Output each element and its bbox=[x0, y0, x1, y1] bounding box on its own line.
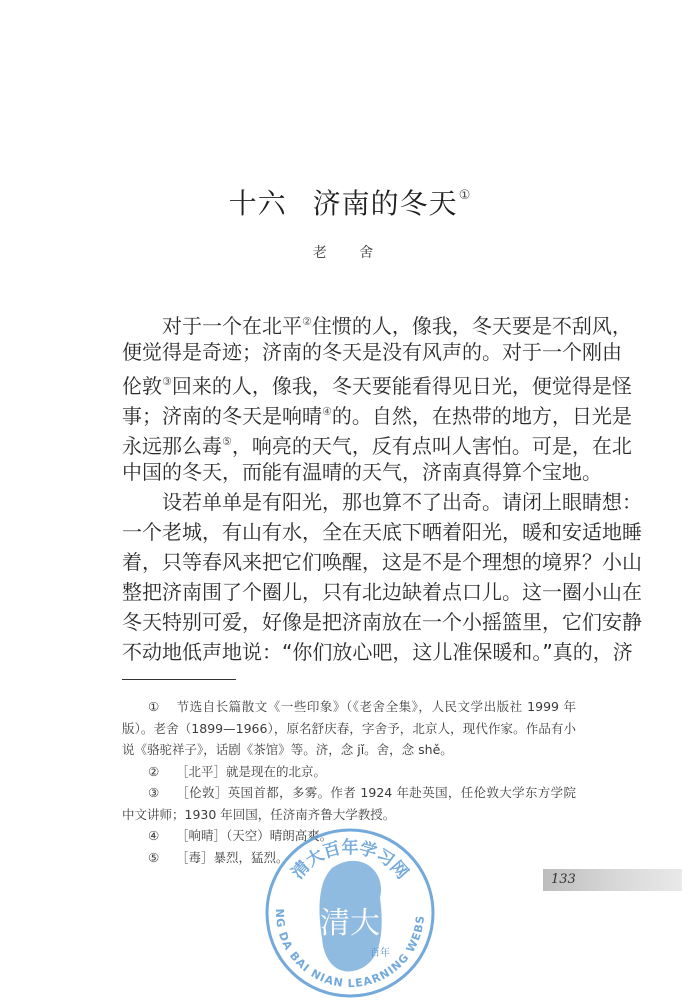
body-line-text: 便觉得是奇迹；济南的冬天是没有风声的。对于一个刚由 bbox=[122, 340, 622, 364]
body-line: 整把济南围了个圈儿，只有北边缺着点口儿。这一圈小山在 bbox=[122, 577, 577, 607]
lesson-title-text: 济南的冬天 bbox=[313, 187, 458, 220]
footnote-number: ① bbox=[148, 696, 176, 718]
body-line-text: 回来的人，像我，冬天要能看得见日光，便觉得是怪 bbox=[172, 374, 632, 398]
body-line-text: 着，只等春风来把它们唤醒，这是不是个理想的境界？小山 bbox=[122, 550, 642, 574]
footnote-text: 节选自长篇散文《一些印象》（《老舍全集》，人民文学出版社 1999 年 bbox=[176, 699, 576, 714]
footnote-text: ［伦敦］英国首都，多雾。作者 1924 年赴英国，任伦敦大学东方学院 bbox=[176, 785, 576, 800]
watermark-center-glyph: 清大 bbox=[320, 906, 380, 941]
footnote-line: ①节选自长篇散文《一些印象》（《老舍全集》，人民文学出版社 1999 年 bbox=[122, 696, 576, 718]
body-text: 对于一个在北平②住惯的人，像我，冬天要是不刮风，便觉得是奇迹；济南的冬天是没有风… bbox=[122, 307, 577, 667]
body-line: 冬天特别可爱，好像是把济南放在一个小摇篮里，它们安静 bbox=[122, 607, 577, 637]
footnote-number: ③ bbox=[148, 782, 176, 804]
footnote-line: 中文讲师；1930 年回国，任济南齐鲁大学教授。 bbox=[122, 804, 576, 826]
title-footnote-mark: ① bbox=[459, 188, 472, 203]
footnote-text: 中文讲师；1930 年回国，任济南齐鲁大学教授。 bbox=[122, 807, 395, 822]
page-number: 133 bbox=[551, 871, 576, 889]
footnote-line: 版）。老舍（1899—1966），原名舒庆春，字舍予，北京人，现代作家。作品有小 bbox=[122, 718, 576, 740]
watermark-small-glyph: 百年 bbox=[370, 946, 390, 959]
body-line-text: 一个老城，有山有水，全在天底下晒着阳光，暖和安适地睡 bbox=[122, 520, 642, 544]
footnote-text: 说《骆驼祥子》，话剧《茶馆》等。济，念 jǐ。舍，念 shě。 bbox=[122, 742, 453, 757]
body-line: 永远那么毒⑤，响亮的天气，反有点叫人害怕。可是，在北 bbox=[122, 427, 577, 457]
body-line: 对于一个在北平②住惯的人，像我，冬天要是不刮风， bbox=[122, 307, 577, 337]
footnote-number: ④ bbox=[148, 825, 176, 847]
footnote-number: ② bbox=[148, 761, 176, 783]
body-line: 事；济南的冬天是响晴④的。自然，在热带的地方，日光是 bbox=[122, 397, 577, 427]
body-line-text: 住惯的人，像我，冬天要是不刮风， bbox=[312, 314, 632, 338]
footnote-line: 说《骆驼祥子》，话剧《茶馆》等。济，念 jǐ。舍，念 shě。 bbox=[122, 739, 576, 761]
body-line: 着，只等春风来把它们唤醒，这是不是个理想的境界？小山 bbox=[122, 547, 577, 577]
body-line-text: 伦敦 bbox=[122, 374, 162, 398]
body-line: 便觉得是奇迹；济南的冬天是没有风声的。对于一个刚由 bbox=[122, 337, 577, 367]
footnote-reference: ③ bbox=[162, 375, 172, 388]
body-line-text: 不动地低声地说：“你们放心吧，这儿准保暖和。”真的，济 bbox=[122, 640, 633, 664]
body-line-text: 的。自然，在热带的地方，日光是 bbox=[332, 404, 632, 428]
footnote-number: ⑤ bbox=[148, 847, 176, 869]
footnote-reference: ④ bbox=[322, 405, 332, 418]
author-name: 老 舍 bbox=[0, 242, 700, 264]
lesson-title: 十六济南的冬天① bbox=[0, 176, 700, 224]
body-line: 一个老城，有山有水，全在天底下晒着阳光，暖和安适地睡 bbox=[122, 517, 577, 547]
watermark-seal-icon: 清大百年学习网 QING DA BAI NIAN LEARNING WEBSIT… bbox=[262, 828, 437, 998]
footnote-line: ②［北平］就是现在的北京。 bbox=[122, 761, 576, 783]
body-line-text: 事；济南的冬天是响晴 bbox=[122, 404, 322, 428]
lesson-number: 十六 bbox=[229, 187, 287, 220]
body-line-text: 冬天特别可爱，好像是把济南放在一个小摇篮里，它们安静 bbox=[122, 610, 642, 634]
footnote-line: ③［伦敦］英国首都，多雾。作者 1924 年赴英国，任伦敦大学东方学院 bbox=[122, 782, 576, 804]
body-line-text: 中国的冬天，而能有温晴的天气，济南真得算个宝地。 bbox=[122, 460, 602, 484]
body-line-text: 永远那么毒 bbox=[122, 434, 222, 458]
body-line: 设若单单是有阳光，那也算不了出奇。请闭上眼睛想： bbox=[122, 487, 577, 517]
body-line-text: ，响亮的天气，反有点叫人害怕。可是，在北 bbox=[232, 434, 632, 458]
footnote-reference: ⑤ bbox=[222, 435, 232, 448]
body-line-text: 整把济南围了个圈儿，只有北边缺着点口儿。这一圈小山在 bbox=[122, 580, 642, 604]
footnote-reference: ② bbox=[302, 315, 312, 328]
page-number-bar: 133 bbox=[543, 869, 682, 891]
footnote-text: 版）。老舍（1899—1966），原名舒庆春，字舍予，北京人，现代作家。作品有小 bbox=[122, 721, 576, 736]
body-line-text: 设若单单是有阳光，那也算不了出奇。请闭上眼睛想： bbox=[162, 490, 642, 514]
body-line-text: 对于一个在北平 bbox=[162, 314, 302, 338]
footnote-text: ［北平］就是现在的北京。 bbox=[176, 764, 326, 779]
body-line: 不动地低声地说：“你们放心吧，这儿准保暖和。”真的，济 bbox=[122, 637, 577, 667]
textbook-page: 十六济南的冬天① 老 舍 对于一个在北平②住惯的人，像我，冬天要是不刮风，便觉得… bbox=[0, 0, 700, 1000]
body-line: 伦敦③回来的人，像我，冬天要能看得见日光，便觉得是怪 bbox=[122, 367, 577, 397]
body-line: 中国的冬天，而能有温晴的天气，济南真得算个宝地。 bbox=[122, 457, 577, 487]
footnote-divider bbox=[122, 679, 236, 680]
